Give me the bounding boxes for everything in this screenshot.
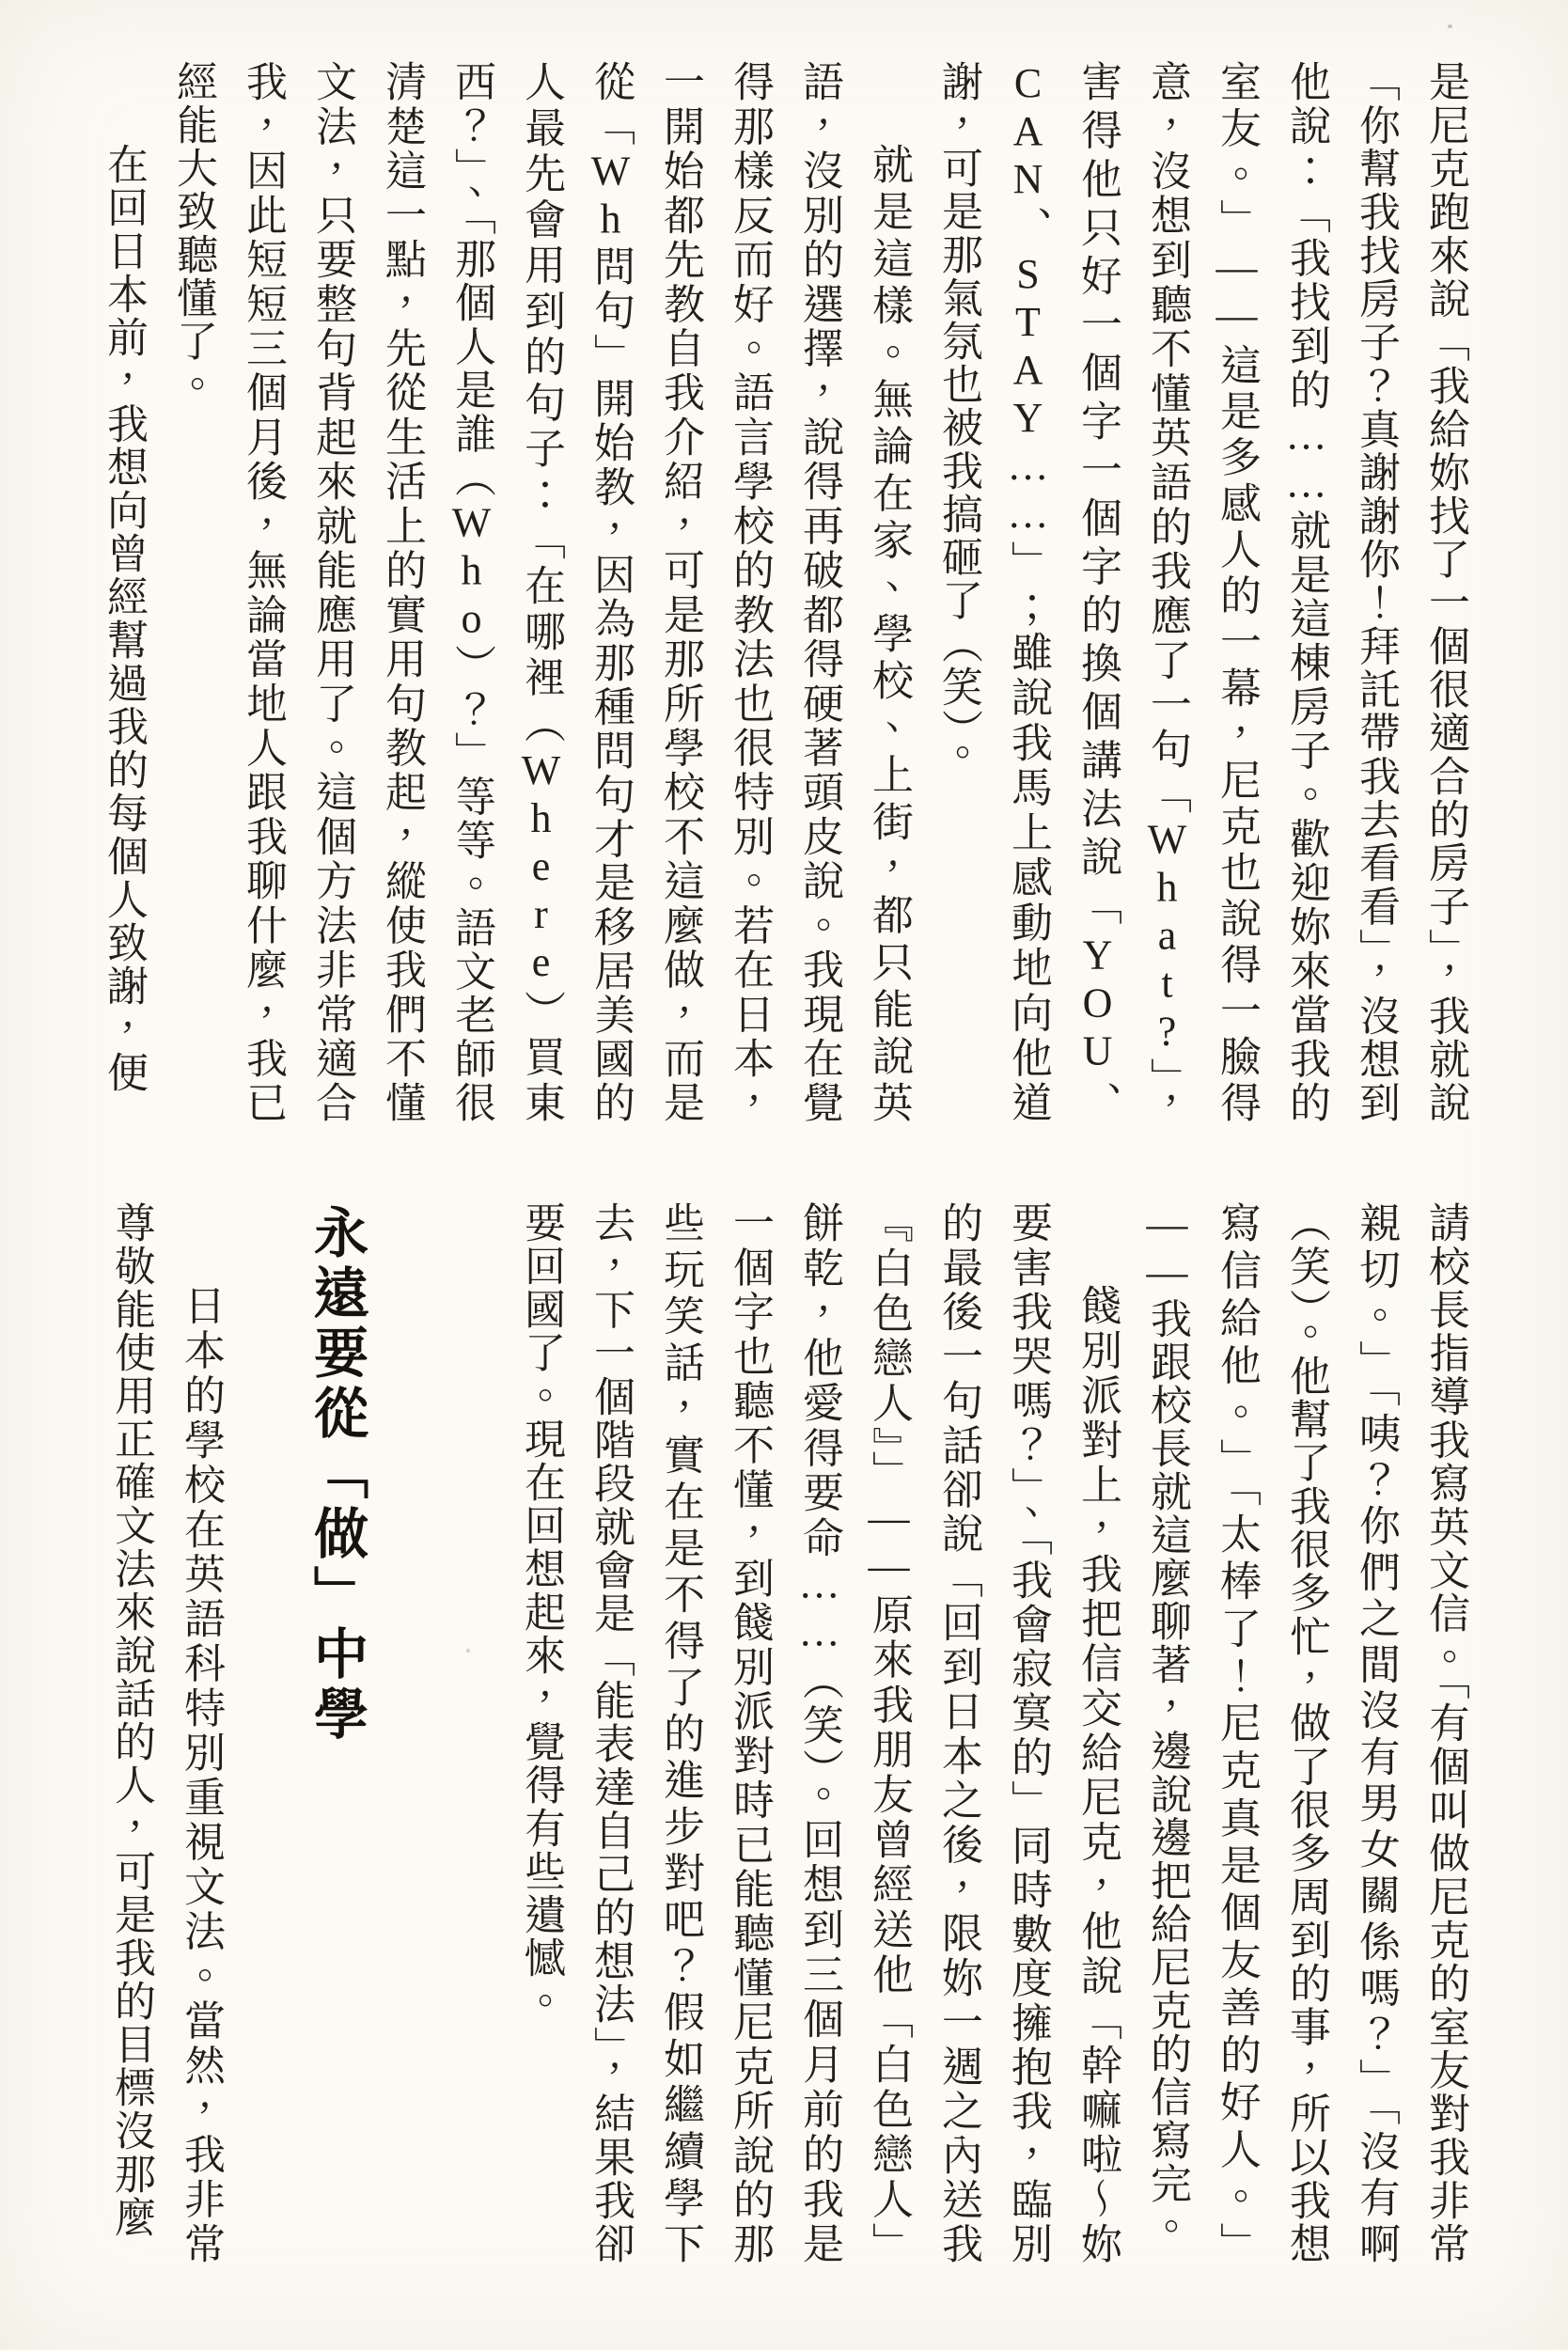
paragraph-farewell-party: 餞別派對上，我把信交給尼克，他說「幹嘛啦～妳要害我哭嗎？」、「我會寂寞的」同時數… xyxy=(506,1201,1132,2265)
scanned-page: 是尼克跑來說「我給妳找了一個很適合的房子」，我就說「你幫我找房子？真謝謝你！拜託… xyxy=(0,0,1568,2350)
closing-text-block: 日本的學校在英語科特別重視文法。當然，我非常尊敬能使用正確文法來說話的人，可是我… xyxy=(96,1201,235,2265)
paragraph-before-returning: 在回日本前，我想向曾經幫過我的每個人致謝，便 xyxy=(88,60,158,1124)
upper-text-block: 是尼克跑來說「我給妳找了一個很適合的房子」，我就說「你幫我找房子？真謝謝你！拜託… xyxy=(88,60,1480,1124)
scan-speck xyxy=(1448,24,1452,28)
paragraph-language-school: 就是這樣。無論在家、學校、上街，都只能說英語，沒別的選擇，說得再破都得硬著頭皮說… xyxy=(158,60,923,1124)
paragraph-english-letter: 請校長指導我寫英文信。「有個叫做尼克的室友對我非常親切。」「咦？你們之間沒有男女… xyxy=(1132,1201,1480,2265)
paragraph-japanese-schools-grammar: 日本的學校在英語科特別重視文法。當然，我非常尊敬能使用正確文法來說話的人，可是我… xyxy=(96,1201,235,2265)
scan-speck xyxy=(466,1649,470,1653)
paragraph-nick-house: 是尼克跑來說「我給妳找了一個很適合的房子」，我就說「你幫我找房子？真謝謝你！拜託… xyxy=(923,60,1480,1124)
lower-text-block: 請校長指導我寫英文信。「有個叫做尼克的室友對我非常親切。」「咦？你們之間沒有男女… xyxy=(506,1201,1480,2265)
section-heading: 永遠要從「做」中學 xyxy=(301,1204,370,2266)
